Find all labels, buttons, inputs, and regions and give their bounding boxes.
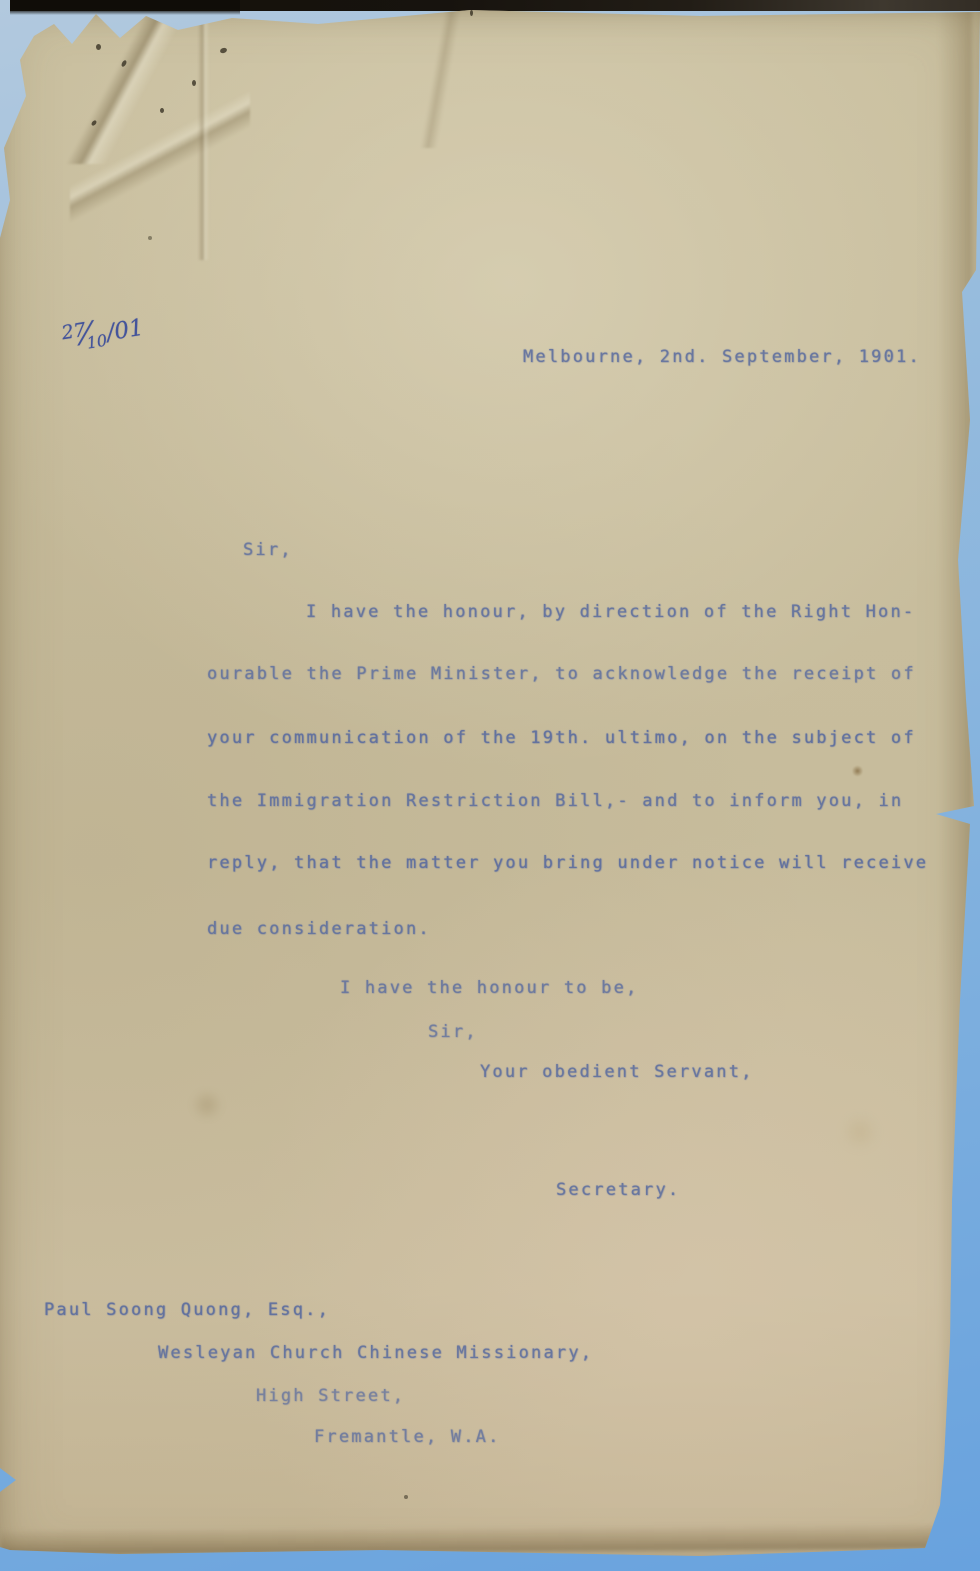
body-line-5: reply, that the matter you bring under n… [207,853,928,873]
crease-mark [190,10,216,260]
crease-mark [18,14,228,164]
paper-speck [219,47,227,54]
signature-secretary: Secretary. [556,1180,680,1200]
body-line-2: ourable the Prime Minister, to acknowled… [207,664,916,684]
body-line-3: your communication of the 19th. ultimo, … [207,728,916,748]
paper-speck [91,119,98,126]
valediction-line-1: I have the honour to be, [340,978,638,998]
stain [852,765,863,777]
body-line-1: I have the honour, by direction of the R… [306,602,915,622]
stain [190,1090,224,1120]
recipient-city: Fremantle, W.A. [314,1427,501,1447]
binding-strip [10,0,980,11]
letter-page: 27⁄10/01 Melbourne, 2nd. September, 1901… [0,0,980,1571]
dateline: Melbourne, 2nd. September, 1901. [523,347,921,367]
paper-speck [121,59,128,67]
annotation-denominator: 10 [85,331,108,353]
crease-mark [360,8,520,148]
document-scan: 27⁄10/01 Melbourne, 2nd. September, 1901… [0,0,980,1571]
paper-speck [160,108,164,113]
paper-speck [192,80,196,86]
paper-speck [96,44,101,50]
recipient-name: Paul Soong Quong, Esq., [44,1300,330,1320]
valediction-line-2: Sir, [428,1022,478,1042]
recipient-organisation: Wesleyan Church Chinese Missionary, [158,1343,593,1363]
body-line-4: the Immigration Restriction Bill,- and t… [207,791,903,811]
valediction-line-3: Your obedient Servant, [480,1062,754,1082]
right-edge-shading [938,0,972,1560]
stain [840,1115,880,1149]
paper-speck [310,16,314,21]
recipient-street: High Street, [256,1386,405,1406]
paper-speck [404,1495,408,1499]
body-line-6: due consideration. [207,919,431,939]
salutation: Sir, [243,540,293,560]
handwritten-date-annotation: 27⁄10/01 [60,308,146,355]
bottom-fold-shadow [0,1523,950,1556]
annotation-suffix: /01 [105,315,146,346]
crease-mark [70,40,250,260]
paper-speck [148,236,152,240]
paper-speck [470,10,473,16]
